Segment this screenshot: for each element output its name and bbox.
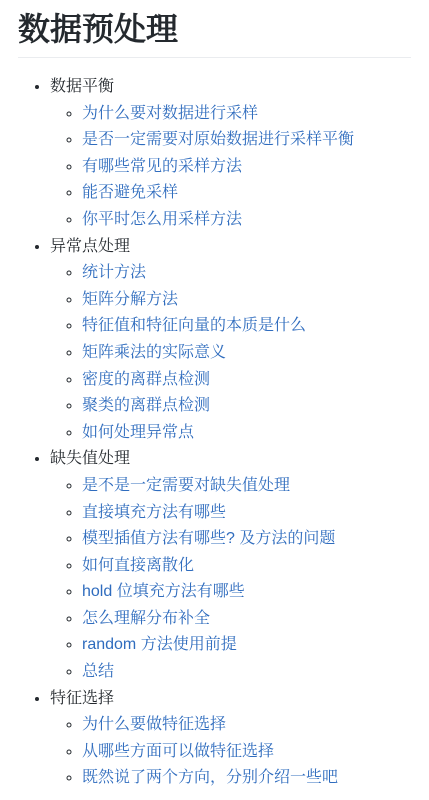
document-page: 数据预处理 数据平衡 为什么要对数据进行采样 是否一定需要对原始数据进行采样平衡… [0, 0, 429, 792]
toc-section-feature-selection: 特征选择 为什么要做特征选择 从哪些方面可以做特征选择 既然说了两个方向，分别介… [50, 686, 411, 792]
toc-sublist: 是不是一定需要对缺失值处理 直接填充方法有哪些 模型插值方法有哪些? 及方法的问… [50, 473, 411, 686]
toc-link[interactable]: 既然说了两个方向，分别介绍一些吧 [82, 769, 338, 786]
toc-link[interactable]: 聚类的离群点检测 [82, 397, 210, 414]
toc-item: 既然说了两个方向，分别介绍一些吧 [82, 765, 411, 792]
toc-item: 有哪些常见的采样方法 [82, 154, 411, 181]
toc-link[interactable]: 矩阵乘法的实际意义 [82, 344, 226, 361]
toc-link[interactable]: 矩阵分解方法 [82, 291, 178, 308]
toc-link[interactable]: 有哪些常见的采样方法 [82, 158, 242, 175]
toc-section-data-balance: 数据平衡 为什么要对数据进行采样 是否一定需要对原始数据进行采样平衡 有哪些常见… [50, 74, 411, 234]
toc-link[interactable]: 统计方法 [82, 264, 146, 281]
toc-item: 能否避免采样 [82, 180, 411, 207]
toc-item: random 方法使用前提 [82, 632, 411, 659]
toc-link[interactable]: 密度的离群点检测 [82, 371, 210, 388]
toc-item: 矩阵分解方法 [82, 287, 411, 314]
toc-item: 直接填充方法有哪些 [82, 500, 411, 527]
toc-list: 数据平衡 为什么要对数据进行采样 是否一定需要对原始数据进行采样平衡 有哪些常见… [18, 74, 411, 792]
toc-item: hold 位填充方法有哪些 [82, 579, 411, 606]
toc-section-missing-values: 缺失值处理 是不是一定需要对缺失值处理 直接填充方法有哪些 模型插值方法有哪些?… [50, 446, 411, 685]
toc-item: 总结 [82, 659, 411, 686]
toc-link[interactable]: 为什么要对数据进行采样 [82, 105, 258, 122]
page-title: 数据预处理 [18, 9, 411, 58]
toc-item: 如何处理异常点 [82, 420, 411, 447]
toc-link[interactable]: 总结 [82, 663, 114, 680]
toc-link[interactable]: 为什么要做特征选择 [82, 716, 226, 733]
toc-section-label: 数据平衡 [50, 78, 114, 95]
toc-section-label: 特征选择 [50, 690, 114, 707]
toc-item: 为什么要对数据进行采样 [82, 101, 411, 128]
toc-item: 怎么理解分布补全 [82, 606, 411, 633]
toc-item: 聚类的离群点检测 [82, 393, 411, 420]
toc-item: 是否一定需要对原始数据进行采样平衡 [82, 127, 411, 154]
toc-sublist: 为什么要做特征选择 从哪些方面可以做特征选择 既然说了两个方向，分别介绍一些吧 [50, 712, 411, 792]
toc-link[interactable]: 模型插值方法有哪些? 及方法的问题 [82, 530, 335, 547]
toc-item: 统计方法 [82, 260, 411, 287]
toc-link[interactable]: 特征值和特征向量的本质是什么 [82, 317, 306, 334]
toc-link[interactable]: 是否一定需要对原始数据进行采样平衡 [82, 131, 354, 148]
toc-item: 你平时怎么用采样方法 [82, 207, 411, 234]
toc-section-label: 缺失值处理 [50, 450, 130, 467]
toc-item: 如何直接离散化 [82, 553, 411, 580]
toc-section-label: 异常点处理 [50, 238, 130, 255]
toc-link[interactable]: 能否避免采样 [82, 184, 178, 201]
toc-link[interactable]: hold 位填充方法有哪些 [82, 583, 245, 600]
toc-item: 为什么要做特征选择 [82, 712, 411, 739]
toc-link[interactable]: 怎么理解分布补全 [82, 610, 210, 627]
toc-item: 从哪些方面可以做特征选择 [82, 739, 411, 766]
toc-item: 矩阵乘法的实际意义 [82, 340, 411, 367]
toc-item: 密度的离群点检测 [82, 367, 411, 394]
toc-item: 特征值和特征向量的本质是什么 [82, 313, 411, 340]
toc-sublist: 为什么要对数据进行采样 是否一定需要对原始数据进行采样平衡 有哪些常见的采样方法… [50, 101, 411, 234]
toc-link[interactable]: random 方法使用前提 [82, 636, 237, 653]
toc-link[interactable]: 如何直接离散化 [82, 557, 194, 574]
toc-link[interactable]: 是不是一定需要对缺失值处理 [82, 477, 290, 494]
toc-item: 模型插值方法有哪些? 及方法的问题 [82, 526, 411, 553]
toc-link[interactable]: 直接填充方法有哪些 [82, 504, 226, 521]
toc-section-outliers: 异常点处理 统计方法 矩阵分解方法 特征值和特征向量的本质是什么 矩阵乘法的实际… [50, 234, 411, 447]
toc-sublist: 统计方法 矩阵分解方法 特征值和特征向量的本质是什么 矩阵乘法的实际意义 密度的… [50, 260, 411, 446]
toc-link[interactable]: 从哪些方面可以做特征选择 [82, 743, 274, 760]
toc-link[interactable]: 如何处理异常点 [82, 424, 194, 441]
toc-item: 是不是一定需要对缺失值处理 [82, 473, 411, 500]
toc-link[interactable]: 你平时怎么用采样方法 [82, 211, 242, 228]
